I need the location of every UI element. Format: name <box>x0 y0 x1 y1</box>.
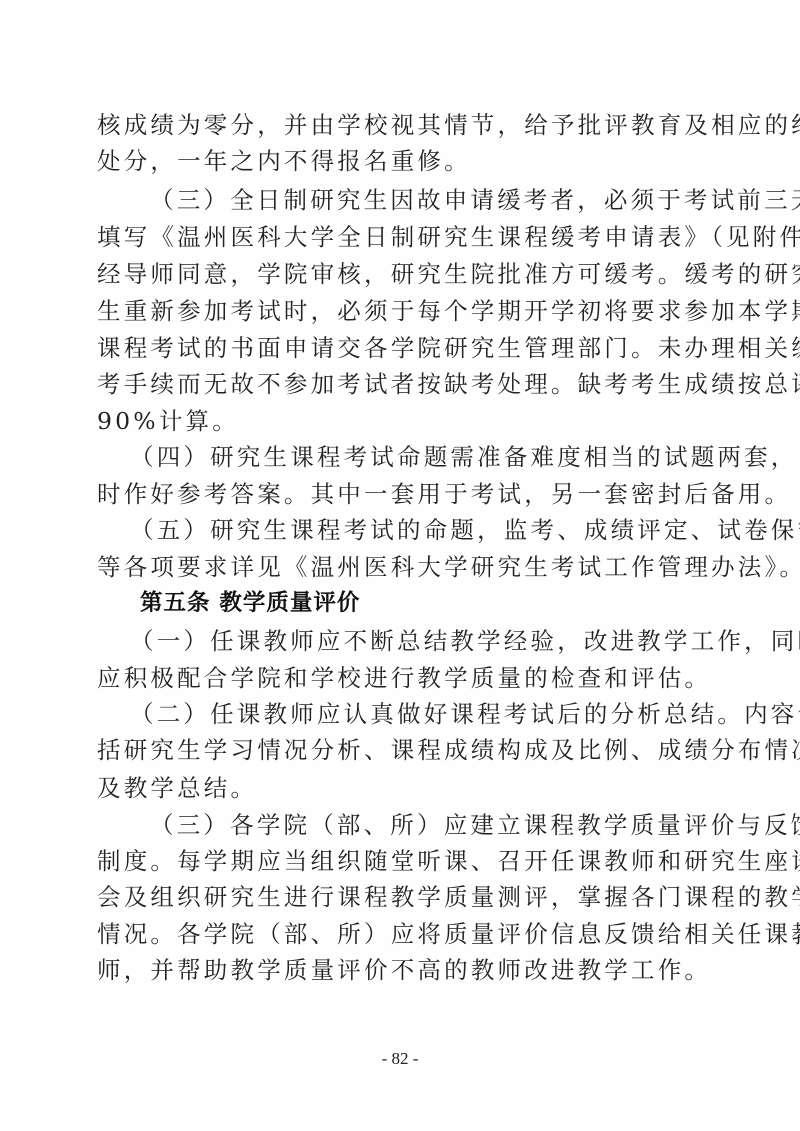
text-line: （四）研究生课程考试命题需准备难度相当的试题两套，同 <box>130 442 740 472</box>
text-line: 等各项要求详见《温州医科大学研究生考试工作管理办法》。 <box>97 552 707 582</box>
section-heading: 第五条 教学质量评价 <box>140 588 750 618</box>
document-page: 核成绩为零分，并由学校视其情节，给予批评教育及相应的纪律处分，一年之内不得报名重… <box>0 0 800 1131</box>
text-line: （二）任课教师应认真做好课程考试后的分析总结。内容包 <box>130 699 740 729</box>
text-line: 考手续而无故不参加考试者按缺考处理。缺考考生成绩按总评 <box>97 369 707 399</box>
text-line: 应积极配合学院和学校进行教学质量的检查和评估。 <box>97 663 707 693</box>
text-line: 时作好参考答案。其中一套用于考试，另一套密封后备用。 <box>97 479 707 509</box>
text-line: 90%计算。 <box>97 406 707 436</box>
text-line: 生重新参加考试时，必须于每个学期开学初将要求参加本学期 <box>97 296 707 326</box>
text-line: 师，并帮助教学质量评价不高的教师改进教学工作。 <box>97 955 707 985</box>
text-line: 核成绩为零分，并由学校视其情节，给予批评教育及相应的纪律 <box>97 110 707 140</box>
text-line: 课程考试的书面申请交各学院研究生管理部门。未办理相关缓 <box>97 333 707 363</box>
text-line: 填写《温州医科大学全日制研究生课程缓考申请表》（见附件2）， <box>97 222 707 252</box>
text-line: 制度。每学期应当组织随堂听课、召开任课教师和研究生座谈 <box>97 846 707 876</box>
page-number: - 82 - <box>0 1049 800 1069</box>
text-line: 会及组织研究生进行课程教学质量测评，掌握各门课程的教学 <box>97 882 707 912</box>
text-line: 经导师同意，学院审核，研究生院批准方可缓考。缓考的研究 <box>97 259 707 289</box>
text-line: （三）各学院（部、所）应建立课程教学质量评价与反馈 <box>150 810 760 840</box>
text-line: 处分，一年之内不得报名重修。 <box>97 146 707 176</box>
text-line: 及教学总结。 <box>97 773 707 803</box>
text-line: （一）任课教师应不断总结教学经验，改进教学工作，同时 <box>130 626 740 656</box>
text-line: （三）全日制研究生因故申请缓考者，必须于考试前三天 <box>150 185 760 215</box>
text-line: 情况。各学院（部、所）应将质量评价信息反馈给相关任课教 <box>97 919 707 949</box>
text-line: 括研究生学习情况分析、课程成绩构成及比例、成绩分布情况 <box>97 735 707 765</box>
text-line: （五）研究生课程考试的命题，监考、成绩评定、试卷保管 <box>130 515 740 545</box>
